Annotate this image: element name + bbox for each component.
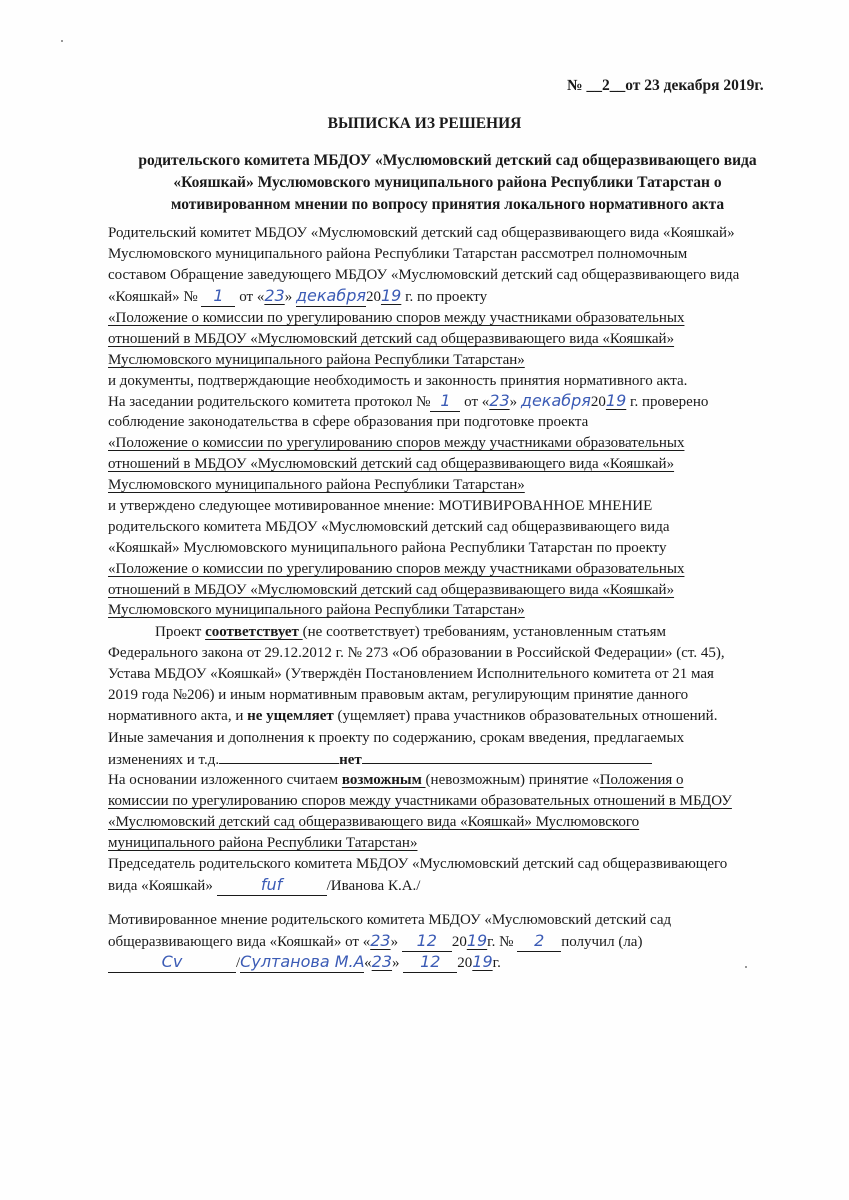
- text-line: и утверждено следующее мотивированное мн…: [108, 496, 652, 516]
- blank-line: [362, 749, 652, 764]
- handwritten-day: 23: [370, 931, 390, 950]
- project-title-line: «Положение о комиссии по урегулированию …: [108, 433, 684, 453]
- text-line: соблюдение законодательства в сфере обра…: [108, 412, 588, 432]
- selected-option-complies: соответствует: [205, 624, 303, 640]
- receiver-signature: Cv: [108, 952, 236, 973]
- chair-signature-line: вида «Кояшкай» fuf/Иванова К.А./: [108, 875, 420, 896]
- subtitle-line: родительского комитета МБДОУ «Муслюмовск…: [115, 150, 780, 172]
- handwritten-day: 23: [372, 952, 392, 971]
- handwritten-month: декабря: [296, 286, 366, 307]
- handwritten-year: 19: [606, 391, 626, 410]
- handwritten-year: 19: [472, 952, 492, 971]
- text-line-with-field: изменениях и т.д.нет: [108, 749, 652, 770]
- handwritten-year: 19: [467, 931, 487, 950]
- scan-speck: [61, 40, 63, 42]
- text-line: и документы, подтверждающие необходимост…: [108, 371, 687, 391]
- text-line: Мотивированное мнение родительского коми…: [108, 910, 671, 930]
- text-line: нормативного акта, и не ущемляет (ущемля…: [108, 706, 717, 726]
- chair-signature: fuf: [217, 875, 327, 896]
- handwritten-number: 2: [517, 931, 561, 952]
- text-line: родительского комитета МБДОУ «Муслюмовск…: [108, 517, 670, 537]
- text-line: Родительский комитет МБДОУ «Муслюмовский…: [108, 223, 735, 243]
- handwritten-month: 12: [403, 952, 457, 973]
- handwritten-day: 23: [489, 391, 509, 410]
- text-line: Проект соответствует (не соответствует) …: [155, 622, 666, 642]
- subtitle-line: мотивированном мнении по вопросу приняти…: [115, 194, 780, 216]
- project-title-line: комиссии по урегулированию споров между …: [108, 791, 732, 811]
- document-title: ВЫПИСКА ИЗ РЕШЕНИЯ: [0, 115, 849, 133]
- text-line: Муслюмовского муниципального района Респ…: [108, 244, 687, 264]
- text-line: Иные замечания и дополнения к проекту по…: [108, 728, 684, 748]
- handwritten-month: декабря: [521, 391, 591, 410]
- project-title-line: отношений в МБДОУ «Муслюмовский детский …: [108, 454, 674, 474]
- document-subtitle: родительского комитета МБДОУ «Муслюмовск…: [115, 150, 780, 216]
- project-title-line: Муслюмовского муниципального района Респ…: [108, 600, 525, 620]
- project-title-line: «Положение о комиссии по урегулированию …: [108, 559, 684, 579]
- project-title-line: Муслюмовского муниципального района Респ…: [108, 475, 525, 495]
- project-title-line: «Положение о комиссии по урегулированию …: [108, 308, 684, 328]
- project-title-line: «Муслюмовский детский сад общеразвивающе…: [108, 812, 639, 832]
- selected-option-not-infringes: не ущемляет: [247, 708, 334, 724]
- document-page: № __2__от 23 декабря 2019г. ВЫПИСКА ИЗ Р…: [0, 0, 849, 1200]
- text-line: Председатель родительского комитета МБДО…: [108, 854, 727, 874]
- document-number: № __2__от 23 декабря 2019г.: [567, 77, 764, 95]
- handwritten-number: 1: [430, 391, 460, 412]
- text-line: На основании изложенного считаем возможн…: [108, 770, 684, 790]
- handwritten-year: 19: [381, 286, 401, 305]
- scan-speck: [745, 966, 747, 968]
- text-line: составом Обращение заведующего МБДОУ «Му…: [108, 265, 739, 285]
- text-line: «Кояшкай» Муслюмовского муниципального р…: [108, 538, 667, 558]
- text-line: Устава МБДОУ «Кояшкай» (Утверждён Постан…: [108, 664, 714, 684]
- subtitle-line: «Кояшкай» Муслюмовского муниципального р…: [115, 172, 780, 194]
- selected-option-possible: возможным: [342, 772, 426, 788]
- blank-line: [219, 749, 339, 764]
- text-line: 2019 года №206) и иным нормативным право…: [108, 685, 688, 705]
- project-title-line: отношений в МБДОУ «Муслюмовский детский …: [108, 580, 674, 600]
- text-line: Федерального закона от 29.12.2012 г. № 2…: [108, 643, 725, 663]
- text-line-with-fields: «Кояшкай» № 1 от «23» декабря2019 г. по …: [108, 286, 487, 307]
- remarks-value: нет: [339, 752, 362, 768]
- handwritten-number: 1: [201, 286, 235, 307]
- receiver-name: Султанова М.А: [240, 952, 364, 973]
- project-title-line: отношений в МБДОУ «Муслюмовский детский …: [108, 329, 674, 349]
- handwritten-day: 23: [264, 286, 284, 305]
- project-title-line: муниципального района Республики Татарст…: [108, 833, 417, 853]
- text-line-with-fields: На заседании родительского комитета прот…: [108, 391, 708, 412]
- handwritten-month: 12: [402, 931, 452, 952]
- project-title-line: Муслюмовского муниципального района Респ…: [108, 350, 525, 370]
- text-line-with-fields: общеразвивающего вида «Кояшкай» от «23» …: [108, 931, 642, 952]
- receiver-signature-line: Cv/Султанова М.А«23» 122019г.: [108, 952, 501, 973]
